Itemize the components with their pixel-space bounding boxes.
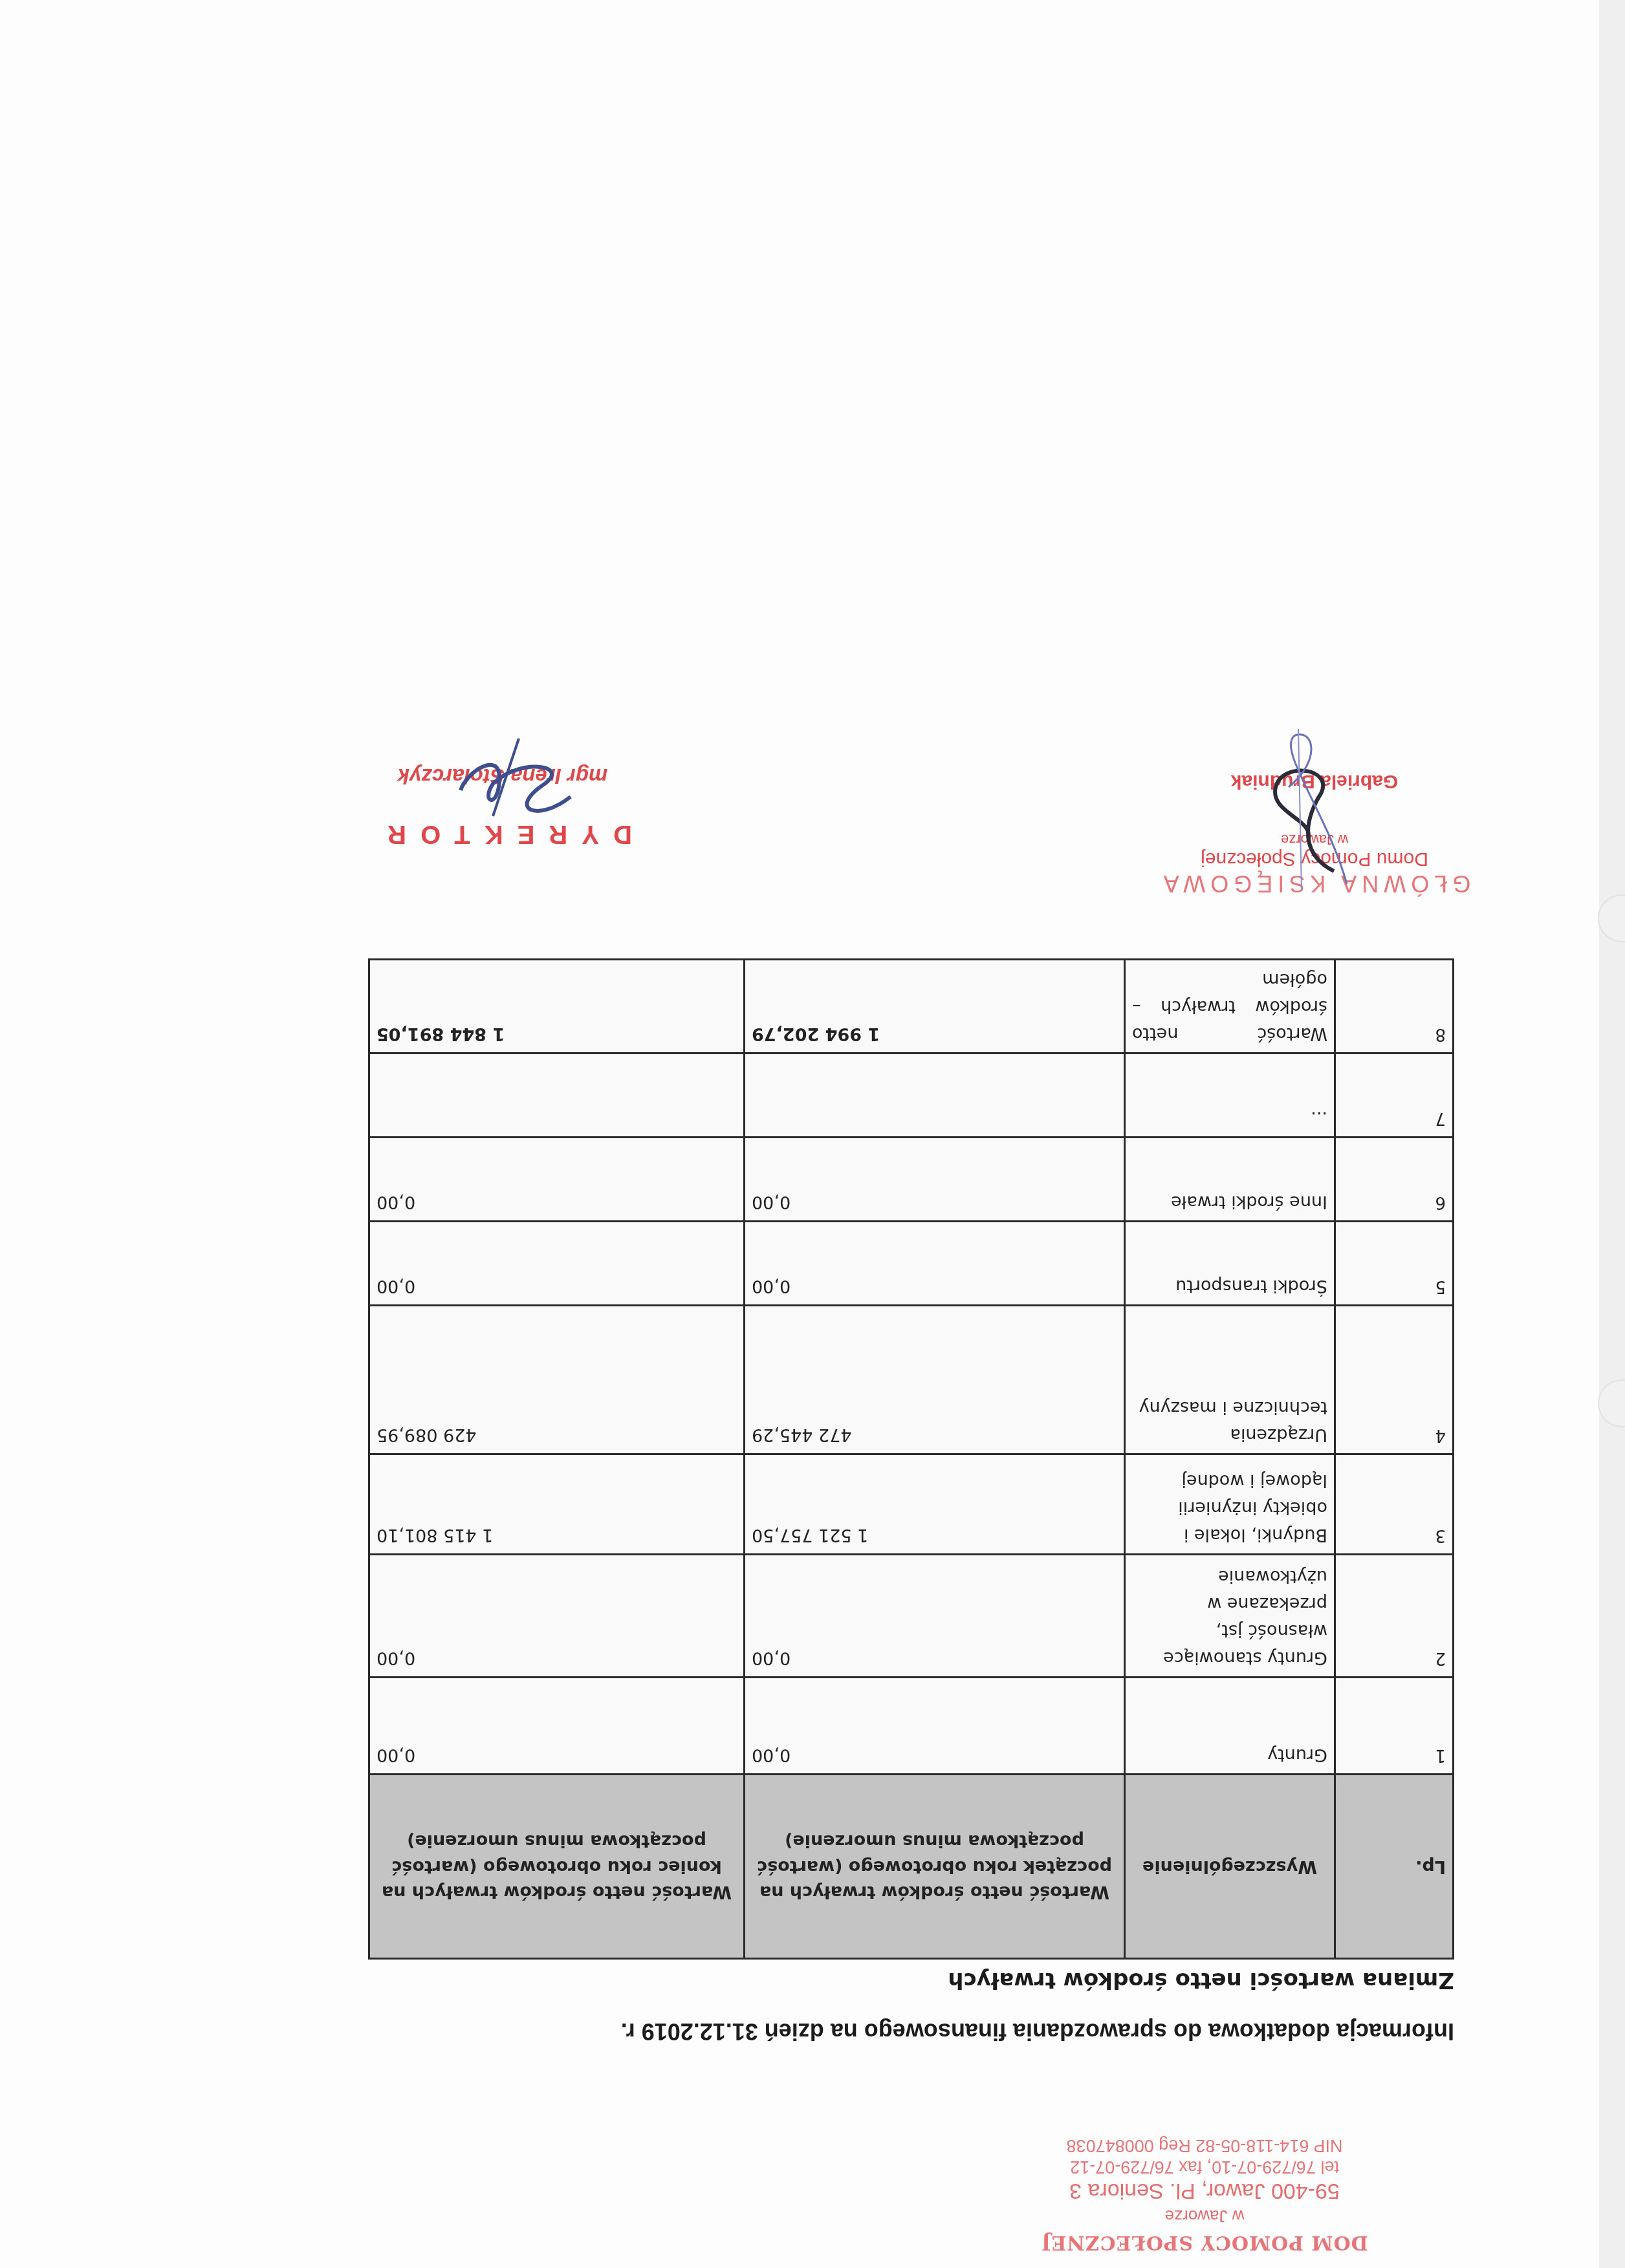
cell-start-value — [745, 1053, 1125, 1138]
cell-start-value: 0,00 — [745, 1138, 1125, 1222]
table-header-row: Lp. Wyszczególnienie Wartość netto środk… — [369, 1775, 1454, 1959]
table-total-row: 8Wartość netto środków trwałych – ogółem… — [369, 960, 1454, 1053]
cell-lp: 4 — [1335, 1306, 1454, 1454]
cell-lp: 6 — [1335, 1138, 1454, 1222]
cell-start-value: 0,00 — [745, 1678, 1125, 1775]
cell-end-value: 0,00 — [369, 1678, 745, 1775]
cell-start-value: 1 994 202,79 — [745, 960, 1125, 1053]
fixed-assets-table: Lp. Wyszczególnienie Wartość netto środk… — [368, 958, 1454, 1960]
table-row: 2Grunty stanowiące własność jst, przekaz… — [369, 1555, 1454, 1678]
institution-stamp-name: DOM POMOCY SPOŁECZNEJ — [946, 2231, 1463, 2254]
cell-lp: 3 — [1335, 1454, 1454, 1555]
cell-end-value — [369, 1053, 745, 1138]
table-row: 4Urządzenia techniczne i maszyny472 445,… — [369, 1306, 1454, 1454]
cell-end-value: 0,00 — [369, 1138, 745, 1222]
table-row: 7... — [369, 1053, 1454, 1138]
scan-edge — [1599, 0, 1625, 2268]
accountant-signature-icon — [1230, 722, 1373, 891]
cell-description: Urządzenia techniczne i maszyny — [1125, 1306, 1335, 1454]
header-description: Wyszczególnienie — [1125, 1775, 1335, 1959]
institution-stamp: DOM POMOCY SPOŁECZNEJ w Jaworze 59-400 J… — [946, 2135, 1463, 2254]
document-heading: Informacja dodatkowa do sprawozdania fin… — [621, 2018, 1454, 2045]
cell-lp: 5 — [1335, 1222, 1454, 1306]
table-row: 5Środki transportu0,000,00 — [369, 1222, 1454, 1306]
cell-end-value: 0,00 — [369, 1555, 745, 1678]
scanned-document-page: DOM POMOCY SPOŁECZNEJ w Jaworze 59-400 J… — [0, 0, 1625, 2268]
cell-start-value: 1 521 757,50 — [745, 1454, 1125, 1555]
table-title: Zmiana wartości netto środków trwałych — [948, 1967, 1454, 1993]
cell-start-value: 472 445,29 — [745, 1306, 1125, 1454]
cell-start-value: 0,00 — [745, 1555, 1125, 1678]
cell-end-value: 429 089,95 — [369, 1306, 745, 1454]
cell-end-value: 1 844 891,05 — [369, 960, 745, 1053]
table-row: 1Grunty0,000,00 — [369, 1678, 1454, 1775]
table-row: 3Budynki, lokale i obiekty inżynierii lą… — [369, 1454, 1454, 1555]
director-signature-icon — [441, 732, 596, 829]
institution-stamp-city: w Jaworze — [946, 2206, 1463, 2226]
cell-lp: 2 — [1335, 1555, 1454, 1678]
cell-description: Środki transportu — [1125, 1222, 1335, 1306]
cell-description: Wartość netto środków trwałych – ogółem — [1125, 960, 1335, 1053]
cell-lp: 8 — [1335, 960, 1454, 1053]
cell-description: Grunty stanowiące własność jst, przekaza… — [1125, 1555, 1335, 1678]
cell-description: Inne środki trwałe — [1125, 1138, 1335, 1222]
institution-stamp-nip: NIP 614-118-05-82 Reg 000847038 — [946, 2135, 1463, 2155]
cell-description: Budynki, lokale i obiekty inżynierii ląd… — [1125, 1454, 1335, 1555]
table-row: 6Inne środki trwałe0,000,00 — [369, 1138, 1454, 1222]
header-end-value: Wartość netto środków trwałych na koniec… — [369, 1775, 745, 1959]
institution-stamp-address: 59-400 Jawor, Pl. Seniora 3 — [946, 2178, 1463, 2203]
institution-stamp-phone: tel 76/729-07-10, fax 76/729-07-12 — [946, 2157, 1463, 2177]
cell-start-value: 0,00 — [745, 1222, 1125, 1306]
header-lp: Lp. — [1335, 1775, 1454, 1959]
cell-lp: 1 — [1335, 1678, 1454, 1775]
header-start-value: Wartość netto środków trwałych na począt… — [745, 1775, 1125, 1959]
cell-lp: 7 — [1335, 1053, 1454, 1138]
cell-description: Grunty — [1125, 1678, 1335, 1775]
cell-description: ... — [1125, 1053, 1335, 1138]
cell-end-value: 0,00 — [369, 1222, 745, 1306]
cell-end-value: 1 415 801,10 — [369, 1454, 745, 1555]
